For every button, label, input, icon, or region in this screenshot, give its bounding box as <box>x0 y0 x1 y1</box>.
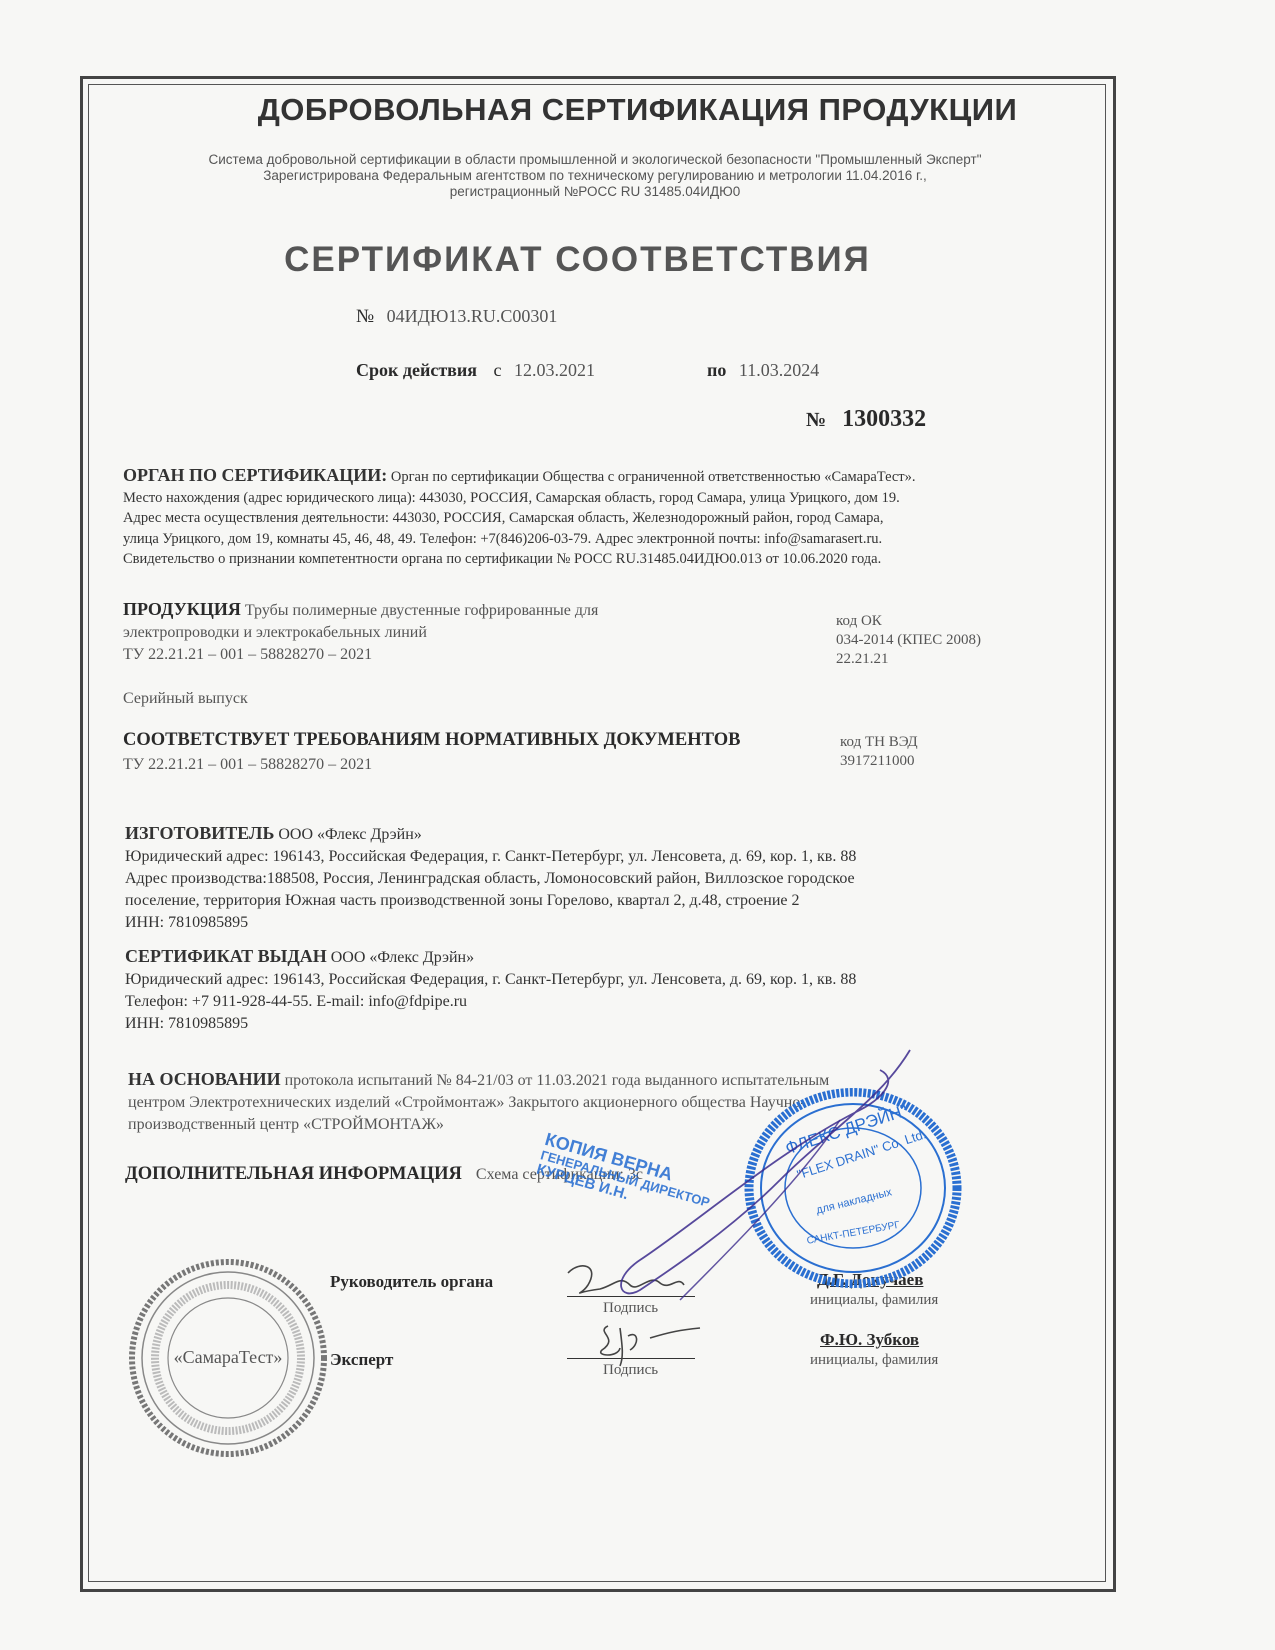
product-line: электропроводки и электрокабельных линий <box>123 622 598 644</box>
validity-row: Срок действия с 12.03.2021 <box>356 360 595 381</box>
to-date: 11.03.2024 <box>739 360 819 380</box>
from-label: с <box>494 360 502 380</box>
system-line-3: регистрационный №РОСС RU 31485.04ИДЮ0 <box>80 184 1110 199</box>
system-line-1: Система добровольной сертификации в обла… <box>80 152 1110 167</box>
product-section: ПРОДУКЦИЯ Трубы полимерные двустенные го… <box>123 598 598 666</box>
certification-body-line: Свидетельство о признании компетентности… <box>123 549 916 570</box>
signer-role-head: Руководитель органа <box>330 1272 493 1292</box>
signer-name-expert: Ф.Ю. Зубков <box>820 1330 919 1350</box>
manufacturer-section: ИЗГОТОВИТЕЛЬ ООО «Флекс Дрэйн» Юридическ… <box>125 822 856 934</box>
system-line-2: Зарегистрирована Федеральным агентством … <box>80 168 1110 183</box>
release-type: Серийный выпуск <box>123 690 248 708</box>
issued-to-line: Юридический адрес: 196143, Российская Фе… <box>125 969 856 991</box>
certification-body-line: Адрес места осуществления деятельности: … <box>123 508 916 529</box>
certification-body-label: ОРГАН ПО СЕРТИФИКАЦИИ: <box>123 465 387 485</box>
document-header-title: ДОБРОВОЛЬНАЯ СЕРТИФИКАЦИЯ ПРОДУКЦИИ <box>0 92 1275 128</box>
to-label: по <box>707 360 726 380</box>
name-caption-expert: инициалы, фамилия <box>810 1352 938 1369</box>
basis-label: НА ОСНОВАНИИ <box>128 1069 281 1089</box>
tnved-code-line: код ТН ВЭД <box>840 733 918 752</box>
product-spec: ТУ 22.21.21 – 001 – 58828270 – 2021 <box>123 644 598 666</box>
product-code-line: 034-2014 (КПЕС 2008) <box>836 631 981 650</box>
certificate-title: СЕРТИФИКАТ СООТВЕТСТВИЯ <box>0 240 1155 280</box>
product-label: ПРОДУКЦИЯ <box>123 599 241 619</box>
issued-to-line: Телефон: +7 911-928-44-55. E-mail: info@… <box>125 991 856 1013</box>
certificate-number: 04ИДЮ13.RU.С00301 <box>387 306 558 326</box>
number-label: № <box>356 306 374 327</box>
manufacturer-line: Юридический адрес: 196143, Российская Фе… <box>125 846 856 868</box>
certification-body-line: улица Урицкого, дом 19, комнаты 45, 46, … <box>123 529 916 550</box>
blank-number-label: № <box>806 409 826 431</box>
manufacturer-inn: ИНН: 7810985895 <box>125 912 856 934</box>
manufacturer-line: поселение, территория Южная часть произв… <box>125 890 856 912</box>
certification-body-section: ОРГАН ПО СЕРТИФИКАЦИИ: Орган по сертифик… <box>123 465 916 570</box>
manufacturer-name: ООО «Флекс Дрэйн» <box>278 826 421 843</box>
signer-role-expert: Эксперт <box>330 1350 393 1370</box>
validity-to: по 11.03.2024 <box>707 360 819 381</box>
ink-signature-icon <box>580 1040 940 1320</box>
product-line: Трубы полимерные двустенные гофрированны… <box>245 602 599 619</box>
manufacturer-label: ИЗГОТОВИТЕЛЬ <box>125 823 274 843</box>
tnved-code-line: 3917211000 <box>840 752 918 771</box>
product-code-line: 22.21.21 <box>836 650 981 669</box>
issued-to-section: СЕРТИФИКАТ ВЫДАН ООО «Флекс Дрэйн» Юриди… <box>125 945 856 1035</box>
issued-to-name: ООО «Флекс Дрэйн» <box>331 949 474 966</box>
compliance-doc: ТУ 22.21.21 – 001 – 58828270 – 2021 <box>123 756 372 774</box>
from-date: 12.03.2021 <box>514 360 595 380</box>
tnved-code: код ТН ВЭД 3917211000 <box>840 733 918 771</box>
blank-number-row: № 1300332 <box>806 406 926 433</box>
product-code: код ОК 034-2014 (КПЕС 2008) 22.21.21 <box>836 612 981 669</box>
body-stamp-text: «СамараТест» <box>148 1347 308 1368</box>
issued-to-inn: ИНН: 7810985895 <box>125 1013 856 1035</box>
manufacturer-line: Адрес производства:188508, Россия, Ленин… <box>125 868 856 890</box>
certificate-number-row: № 04ИДЮ13.RU.С00301 <box>356 306 557 328</box>
blank-number: 1300332 <box>842 406 926 432</box>
compliance-label: СООТВЕТСТВУЕТ ТРЕБОВАНИЯМ НОРМАТИВНЫХ ДО… <box>123 730 740 751</box>
signature-expert-icon <box>590 1318 710 1368</box>
additional-info-label: ДОПОЛНИТЕЛЬНАЯ ИНФОРМАЦИЯ <box>125 1164 462 1184</box>
product-code-line: код ОК <box>836 612 981 631</box>
issued-to-label: СЕРТИФИКАТ ВЫДАН <box>125 946 327 966</box>
validity-label: Срок действия <box>356 360 477 380</box>
certification-body-line: Место нахождения (адрес юридического лиц… <box>123 488 916 509</box>
certification-body-line: Орган по сертификации Общества с огранич… <box>391 469 916 485</box>
